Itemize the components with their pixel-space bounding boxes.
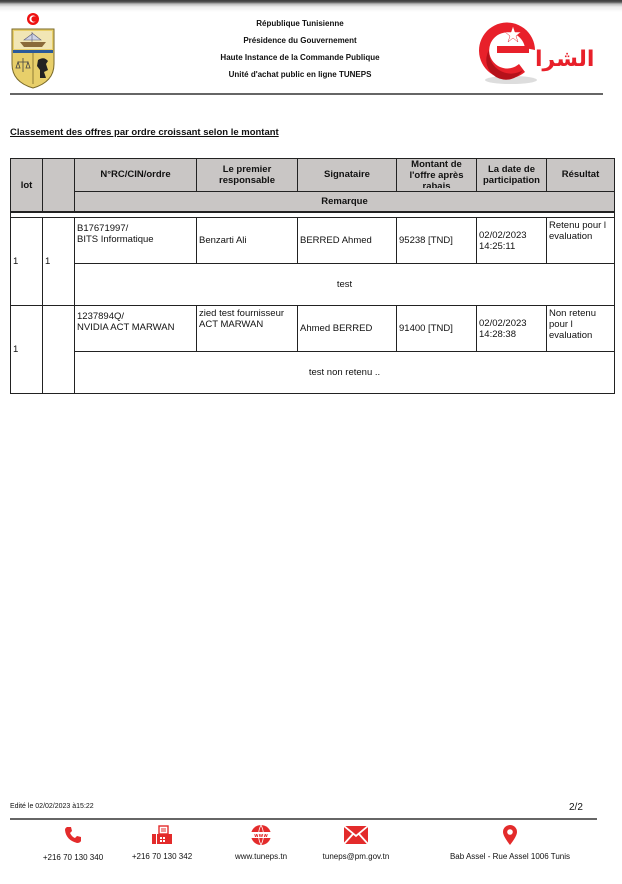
cell-rc: B17671997/ BITS Informatique (75, 218, 197, 264)
cell-resultat: Retenu pour l evaluation (547, 218, 615, 264)
header-line-tuneps: Unité d'achat public en ligne TUNEPS (180, 66, 420, 83)
address-text: Bab Assel - Rue Assel 1006 Tunis (440, 852, 580, 861)
cell-remarque: test (75, 264, 615, 306)
document-title: Classement des offres par ordre croissan… (10, 127, 279, 138)
cell-signataire: Ahmed BERRED (298, 306, 397, 352)
col-header-date: La date de participation (477, 159, 547, 192)
table-row-remark: test (11, 264, 615, 306)
fax-number: +216 70 130 342 (122, 852, 202, 861)
contact-fax: +216 70 130 342 (122, 823, 202, 861)
cell-responsable: Benzarti Ali (197, 218, 298, 264)
cell-remarque: test non retenu .. (75, 352, 615, 394)
header-line-republic: République Tunisienne (180, 15, 420, 32)
cell-responsable: zied test fournisseur ACT MARWAN (197, 306, 298, 352)
col-header-responsable: Le premier responsable (197, 159, 298, 192)
rc-number: B17671997/ (77, 223, 194, 234)
cell-rank: 1 (43, 218, 75, 306)
contact-address: Bab Assel - Rue Assel 1006 Tunis (440, 823, 580, 861)
table-row-remark: test non retenu .. (11, 352, 615, 394)
col-header-lot: lot (11, 159, 43, 213)
fax-icon (151, 825, 173, 845)
col-header-resultat: Résultat (547, 159, 615, 192)
col-header-signataire: Signataire (298, 159, 397, 192)
participation-date: 02/02/2023 (479, 318, 544, 329)
svg-text:www: www (254, 833, 268, 839)
rc-number: 1237894Q/ (77, 311, 194, 322)
header-divider (10, 93, 603, 95)
phone-icon (64, 826, 82, 844)
edited-timestamp: Edité le 02/02/2023 à15:22 (10, 803, 94, 810)
phone-number: +216 70 130 340 (33, 853, 113, 862)
globe-www-icon: www (250, 824, 272, 846)
table-row: 1 1 B17671997/ BITS Informatique Benzart… (11, 218, 615, 264)
col-header-rc: N°RC/CIN/ordre (75, 159, 197, 192)
col-header-rank (43, 159, 75, 213)
envelope-icon (344, 826, 368, 844)
cell-rank (43, 306, 75, 394)
location-pin-icon (502, 824, 518, 846)
cell-lot: 1 (11, 218, 43, 306)
header-line-hicp: Haute Instance de la Commande Publique (180, 49, 420, 66)
page-number: 2/2 (569, 802, 583, 813)
contact-email[interactable]: tuneps@pm.gov.tn (314, 823, 398, 861)
contact-phone: +216 70 130 340 (33, 823, 113, 862)
cell-montant: 91400 [TND] (397, 306, 477, 352)
cell-date: 02/02/2023 14:25:11 (477, 218, 547, 264)
col-header-montant: Montant de l'offre après rabais (397, 159, 477, 192)
participation-date: 02/02/2023 (479, 230, 544, 241)
header-institution-lines: République Tunisienne Présidence du Gouv… (180, 15, 420, 83)
email-link[interactable]: tuneps@pm.gov.tn (314, 852, 398, 861)
cell-signataire: BERRED Ahmed (298, 218, 397, 264)
participation-time: 14:28:38 (479, 329, 544, 340)
cell-resultat: Non retenu pour l evaluation (547, 306, 615, 352)
cell-rc: 1237894Q/ NVIDIA ACT MARWAN (75, 306, 197, 352)
cell-date: 02/02/2023 14:28:38 (477, 306, 547, 352)
cell-montant: 95238 [TND] (397, 218, 477, 264)
cell-lot: 1 (11, 306, 43, 394)
tuneps-e-chiraa-logo: الشرا (475, 14, 605, 86)
viewer-top-shadow (0, 0, 622, 12)
col-header-remarque: Remarque (75, 191, 615, 212)
table-row: 1 1237894Q/ NVIDIA ACT MARWAN zied test … (11, 306, 615, 352)
company-name: NVIDIA ACT MARWAN (77, 322, 194, 333)
website-link[interactable]: www.tuneps.tn (221, 852, 301, 861)
svg-text:الشرا: الشرا (535, 47, 594, 72)
col-header-montant-text: Montant de l'offre après rabais (399, 159, 474, 188)
company-name: BITS Informatique (77, 234, 194, 245)
tunisia-coat-of-arms-icon (8, 12, 58, 90)
offers-ranking-table: lot N°RC/CIN/ordre Le premier responsabl… (10, 158, 615, 394)
header-line-presidency: Présidence du Gouvernement (180, 32, 420, 49)
participation-time: 14:25:11 (479, 241, 544, 252)
contact-website[interactable]: www www.tuneps.tn (221, 823, 301, 861)
footer-divider (10, 818, 597, 820)
